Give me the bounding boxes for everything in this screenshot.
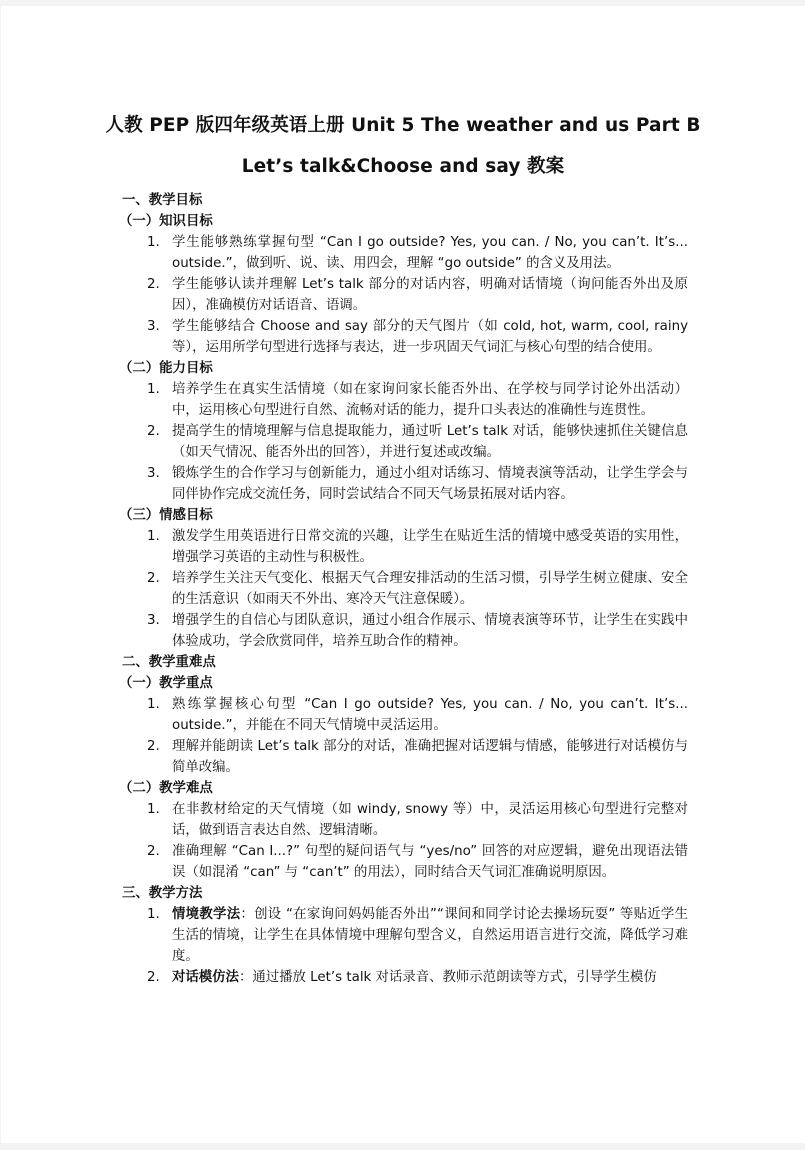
section-heading-key-difficult-points: 二、教学重难点 [122,652,688,673]
item-number: 2. [147,736,160,757]
list-item: 2.理解并能朗读 Let’s talk 部分的对话，准确把握对话逻辑与情感，能够… [122,736,688,778]
document-title-line2: Let’s talk&Choose and say 教案 [1,152,805,178]
list-item: 1.学生能够熟练掌握句型 “Can I go outside? Yes, you… [122,232,688,274]
item-number: 3. [147,316,160,337]
list-item: 3.锻炼学生的合作学习与创新能力，通过小组对话练习、情境表演等活动，让学生学会与… [122,463,688,505]
item-text: ：通过播放 Let’s talk 对话录音、教师示范朗读等方式，引导学生模仿 [239,970,657,985]
item-text: 培养学生关注天气变化、根据天气合理安排活动的生活习惯，引导学生树立健康、安全的生… [172,571,688,607]
list-item: 3.增强学生的自信心与团队意识，通过小组合作展示、情境表演等环节，让学生在实践中… [122,610,688,652]
item-text: 学生能够结合 Choose and say 部分的天气图片（如 cold, ho… [172,319,688,355]
list-item: 1.在非教材给定的天气情境（如 windy, snowy 等）中，灵活运用核心句… [122,799,688,841]
item-number: 1. [147,232,160,253]
document-title-line1: 人教 PEP 版四年级英语上册 Unit 5 The weather and u… [1,111,805,137]
list-item: 1.熟练掌握核心句型 “Can I go outside? Yes, you c… [122,694,688,736]
list-item: 2.培养学生关注天气变化、根据天气合理安排活动的生活习惯，引导学生树立健康、安全… [122,568,688,610]
item-text: 在非教材给定的天气情境（如 windy, snowy 等）中，灵活运用核心句型进… [172,802,688,838]
item-number: 1. [147,526,160,547]
item-number: 1. [147,694,160,715]
item-text: 锻炼学生的合作学习与创新能力，通过小组对话练习、情境表演等活动，让学生学会与同伴… [172,466,688,502]
document-page: 人教 PEP 版四年级英语上册 Unit 5 The weather and u… [1,6,805,1143]
item-number: 2. [147,967,160,988]
item-lead-term: 对话模仿法 [172,970,239,985]
item-number: 2. [147,568,160,589]
item-text: 增强学生的自信心与团队意识，通过小组合作展示、情境表演等环节，让学生在实践中体验… [172,613,688,649]
item-number: 1. [147,799,160,820]
item-text: 熟练掌握核心句型 “Can I go outside? Yes, you can… [172,697,688,733]
subsection-heading-key-points: （一）教学重点 [119,673,688,694]
subsection-heading-difficult-points: （二）教学难点 [119,778,688,799]
subsection-heading-knowledge-objectives: （一）知识目标 [119,211,688,232]
item-lead-term: 情境教学法 [172,907,240,922]
list-item: 2.对话模仿法：通过播放 Let’s talk 对话录音、教师示范朗读等方式，引… [122,967,688,988]
item-number: 3. [147,610,160,631]
list-item: 1.情境教学法：创设 “在家询问妈妈能否外出”“课间和同学讨论去操场玩耍” 等贴… [122,904,688,967]
section-heading-teaching-methods: 三、教学方法 [122,883,688,904]
item-number: 3. [147,463,160,484]
item-text: 理解并能朗读 Let’s talk 部分的对话，准确把握对话逻辑与情感，能够进行… [172,739,688,775]
item-text: 提高学生的情境理解与信息提取能力，通过听 Let’s talk 对话，能够快速抓… [172,424,688,460]
subsection-heading-ability-objectives: （二）能力目标 [119,358,688,379]
item-text: 学生能够熟练掌握句型 “Can I go outside? Yes, you c… [172,235,688,271]
item-number: 2. [147,421,160,442]
list-item: 2.提高学生的情境理解与信息提取能力，通过听 Let’s talk 对话，能够快… [122,421,688,463]
subsection-heading-emotional-objectives: （三）情感目标 [119,505,688,526]
item-number: 2. [147,274,160,295]
list-item: 2.学生能够认读并理解 Let’s talk 部分的对话内容，明确对话情境（询问… [122,274,688,316]
list-item: 1.激发学生用英语进行日常交流的兴趣，让学生在贴近生活的情境中感受英语的实用性，… [122,526,688,568]
list-item: 2.准确理解 “Can I...?” 句型的疑问语气与 “yes/no” 回答的… [122,841,688,883]
list-item: 1.培养学生在真实生活情境（如在家询问家长能否外出、在学校与同学讨论外出活动）中… [122,379,688,421]
item-text: ：创设 “在家询问妈妈能否外出”“课间和同学讨论去操场玩耍” 等贴近学生生活的情… [172,907,688,964]
section-heading-teaching-objectives: 一、教学目标 [122,190,688,211]
item-text: 准确理解 “Can I...?” 句型的疑问语气与 “yes/no” 回答的对应… [172,844,688,880]
list-item: 3.学生能够结合 Choose and say 部分的天气图片（如 cold, … [122,316,688,358]
document-body: 一、教学目标 （一）知识目标 1.学生能够熟练掌握句型 “Can I go ou… [122,190,688,988]
item-number: 1. [147,379,160,400]
item-text: 学生能够认读并理解 Let’s talk 部分的对话内容，明确对话情境（询问能否… [172,277,688,313]
item-text: 培养学生在真实生活情境（如在家询问家长能否外出、在学校与同学讨论外出活动）中，运… [172,382,688,418]
item-number: 2. [147,841,160,862]
item-number: 1. [147,904,160,925]
item-text: 激发学生用英语进行日常交流的兴趣，让学生在贴近生活的情境中感受英语的实用性，增强… [172,529,688,565]
